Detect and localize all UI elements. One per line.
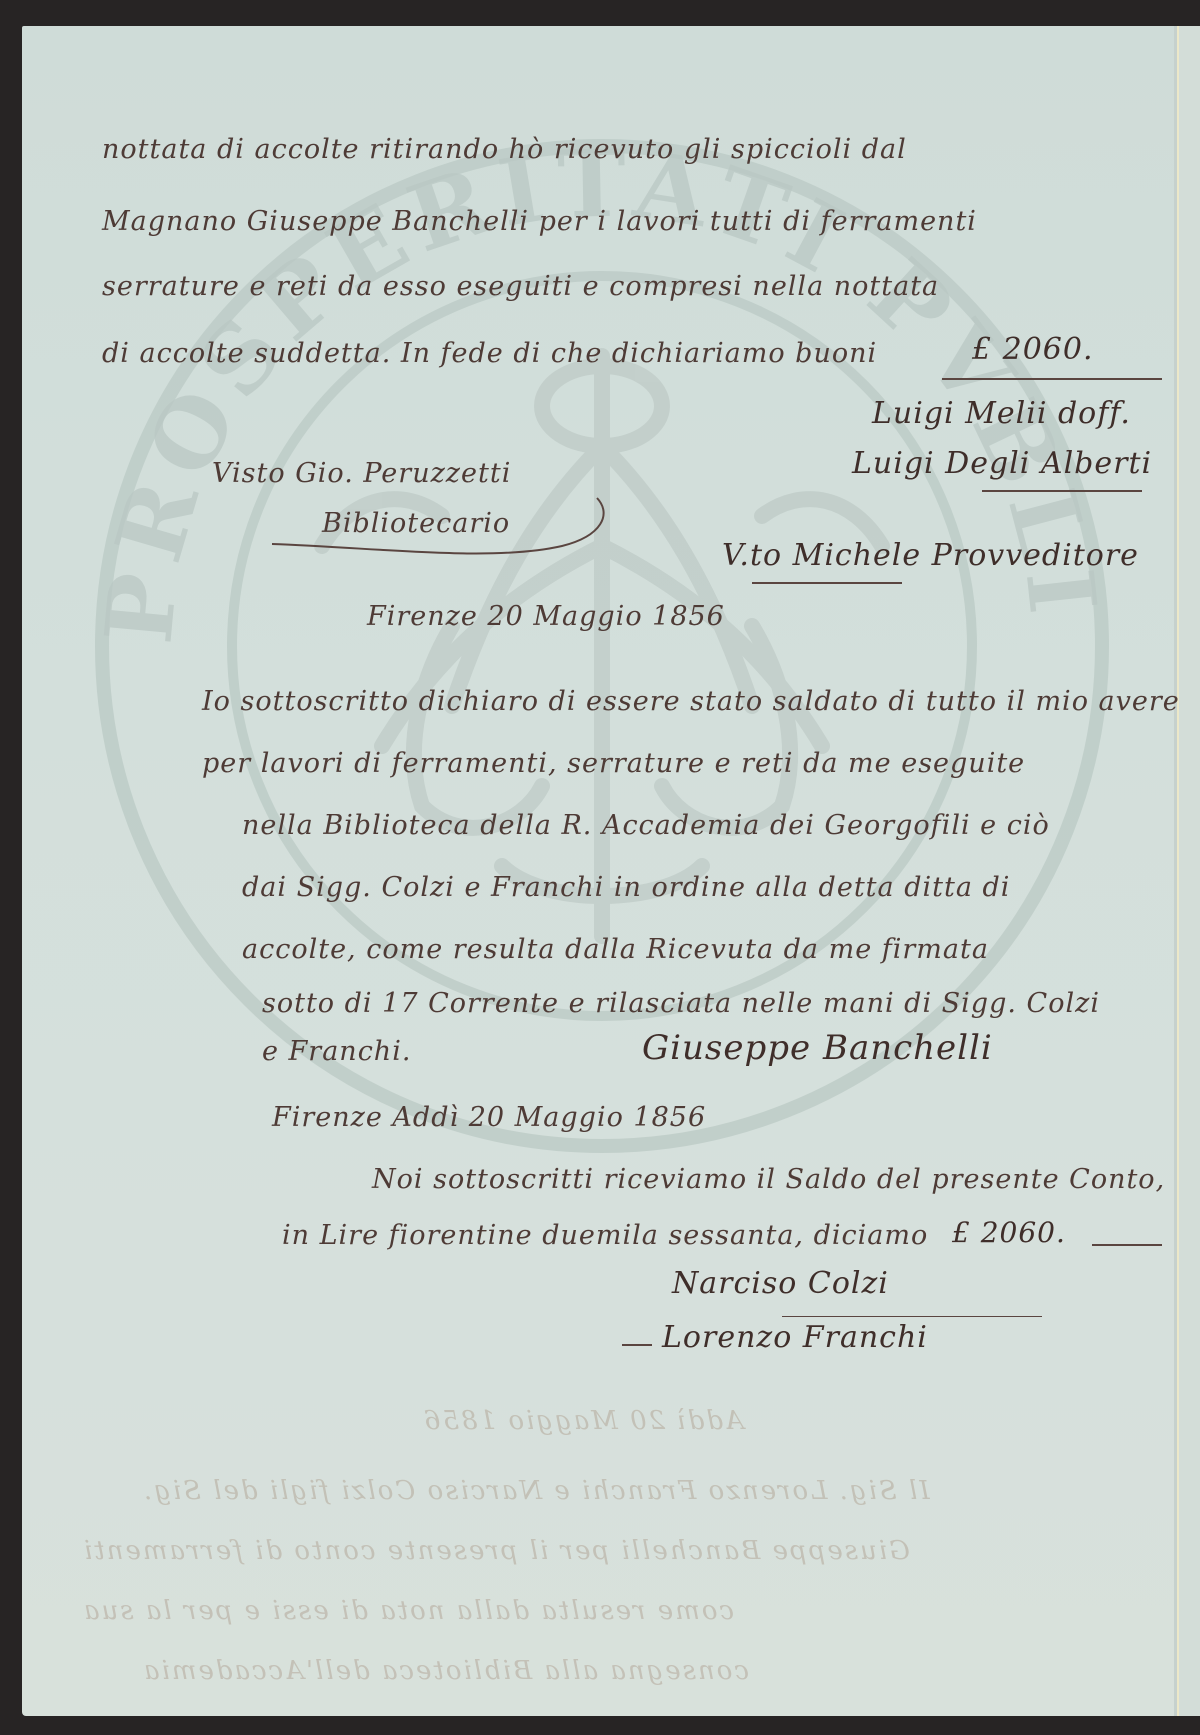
text-line: Noi sottoscritti riceviamo il Saldo del … [372, 1164, 1165, 1195]
visto-line: Visto Gio. Peruzzetti [212, 458, 511, 489]
text-line: nella Biblioteca della R. Accademia dei … [242, 810, 1050, 841]
text-line: Io sottoscritto dichiaro di essere stato… [202, 686, 1180, 717]
bleed-through-text: Addì 20 Maggio 1856 [422, 1406, 744, 1436]
amount-dash [1092, 1244, 1162, 1246]
signature: Giuseppe Banchelli [642, 1028, 993, 1068]
scan-frame-bottom [0, 1715, 1200, 1735]
bleed-through-text: Giuseppe Banchelli per il presente conto… [82, 1536, 910, 1566]
signature: Narciso Colzi [672, 1266, 889, 1301]
signature: Luigi Melii doff. [872, 396, 1131, 431]
signature-dash [622, 1344, 652, 1346]
signature: V.to Michele Provveditore [722, 538, 1139, 573]
text-line: e Franchi. [262, 1036, 411, 1067]
text-line: in Lire fiorentine duemila sessanta, dic… [282, 1220, 928, 1251]
text-line: per lavori di ferramenti, serrature e re… [202, 748, 1025, 779]
scan-frame-left [0, 0, 22, 1735]
scan-frame-top [0, 0, 1200, 28]
text-line: nottata di accolte ritirando hò ricevuto… [102, 134, 907, 165]
signature: Luigi Degli Alberti [852, 446, 1152, 481]
signature: Lorenzo Franchi [662, 1320, 928, 1355]
text-line: serrature e reti da esso eseguiti e comp… [102, 271, 939, 302]
amount: £ 2060. [972, 332, 1094, 367]
folded-edge [1177, 26, 1200, 1716]
bleed-through-text: come resulta dalla nota di essi e per la… [82, 1596, 734, 1626]
text-line: di accolte suddetta. In fede di che dich… [102, 338, 877, 369]
visto-flourish [262, 496, 622, 576]
date-line: Firenze Addì 20 Maggio 1856 [272, 1102, 706, 1133]
signature-flourish [982, 490, 1142, 492]
text-line: accolte, come resulta dalla Ricevuta da … [242, 934, 989, 965]
signature-underline [752, 582, 902, 584]
bleed-through-text: consegna alla Biblioteca dell'Accademia [142, 1656, 749, 1686]
date-line: Firenze 20 Maggio 1856 [367, 601, 725, 632]
amount-underline [942, 378, 1162, 380]
text-line: dai Sigg. Colzi e Franchi in ordine alla… [242, 872, 1010, 903]
manuscript-page: PROSPERITATI PVBLICAE AVGENDAE nottata d… [22, 26, 1200, 1716]
text-line: sotto di 17 Corrente e rilasciata nelle … [262, 988, 1100, 1019]
amount: £ 2060. [952, 1216, 1066, 1249]
signature-flourish [782, 1316, 1042, 1317]
bleed-through-text: Il Sig. Lorenzo Franchi e Narciso Colzi … [142, 1476, 930, 1506]
text-line: Magnano Giuseppe Banchelli per i lavori … [102, 206, 977, 237]
